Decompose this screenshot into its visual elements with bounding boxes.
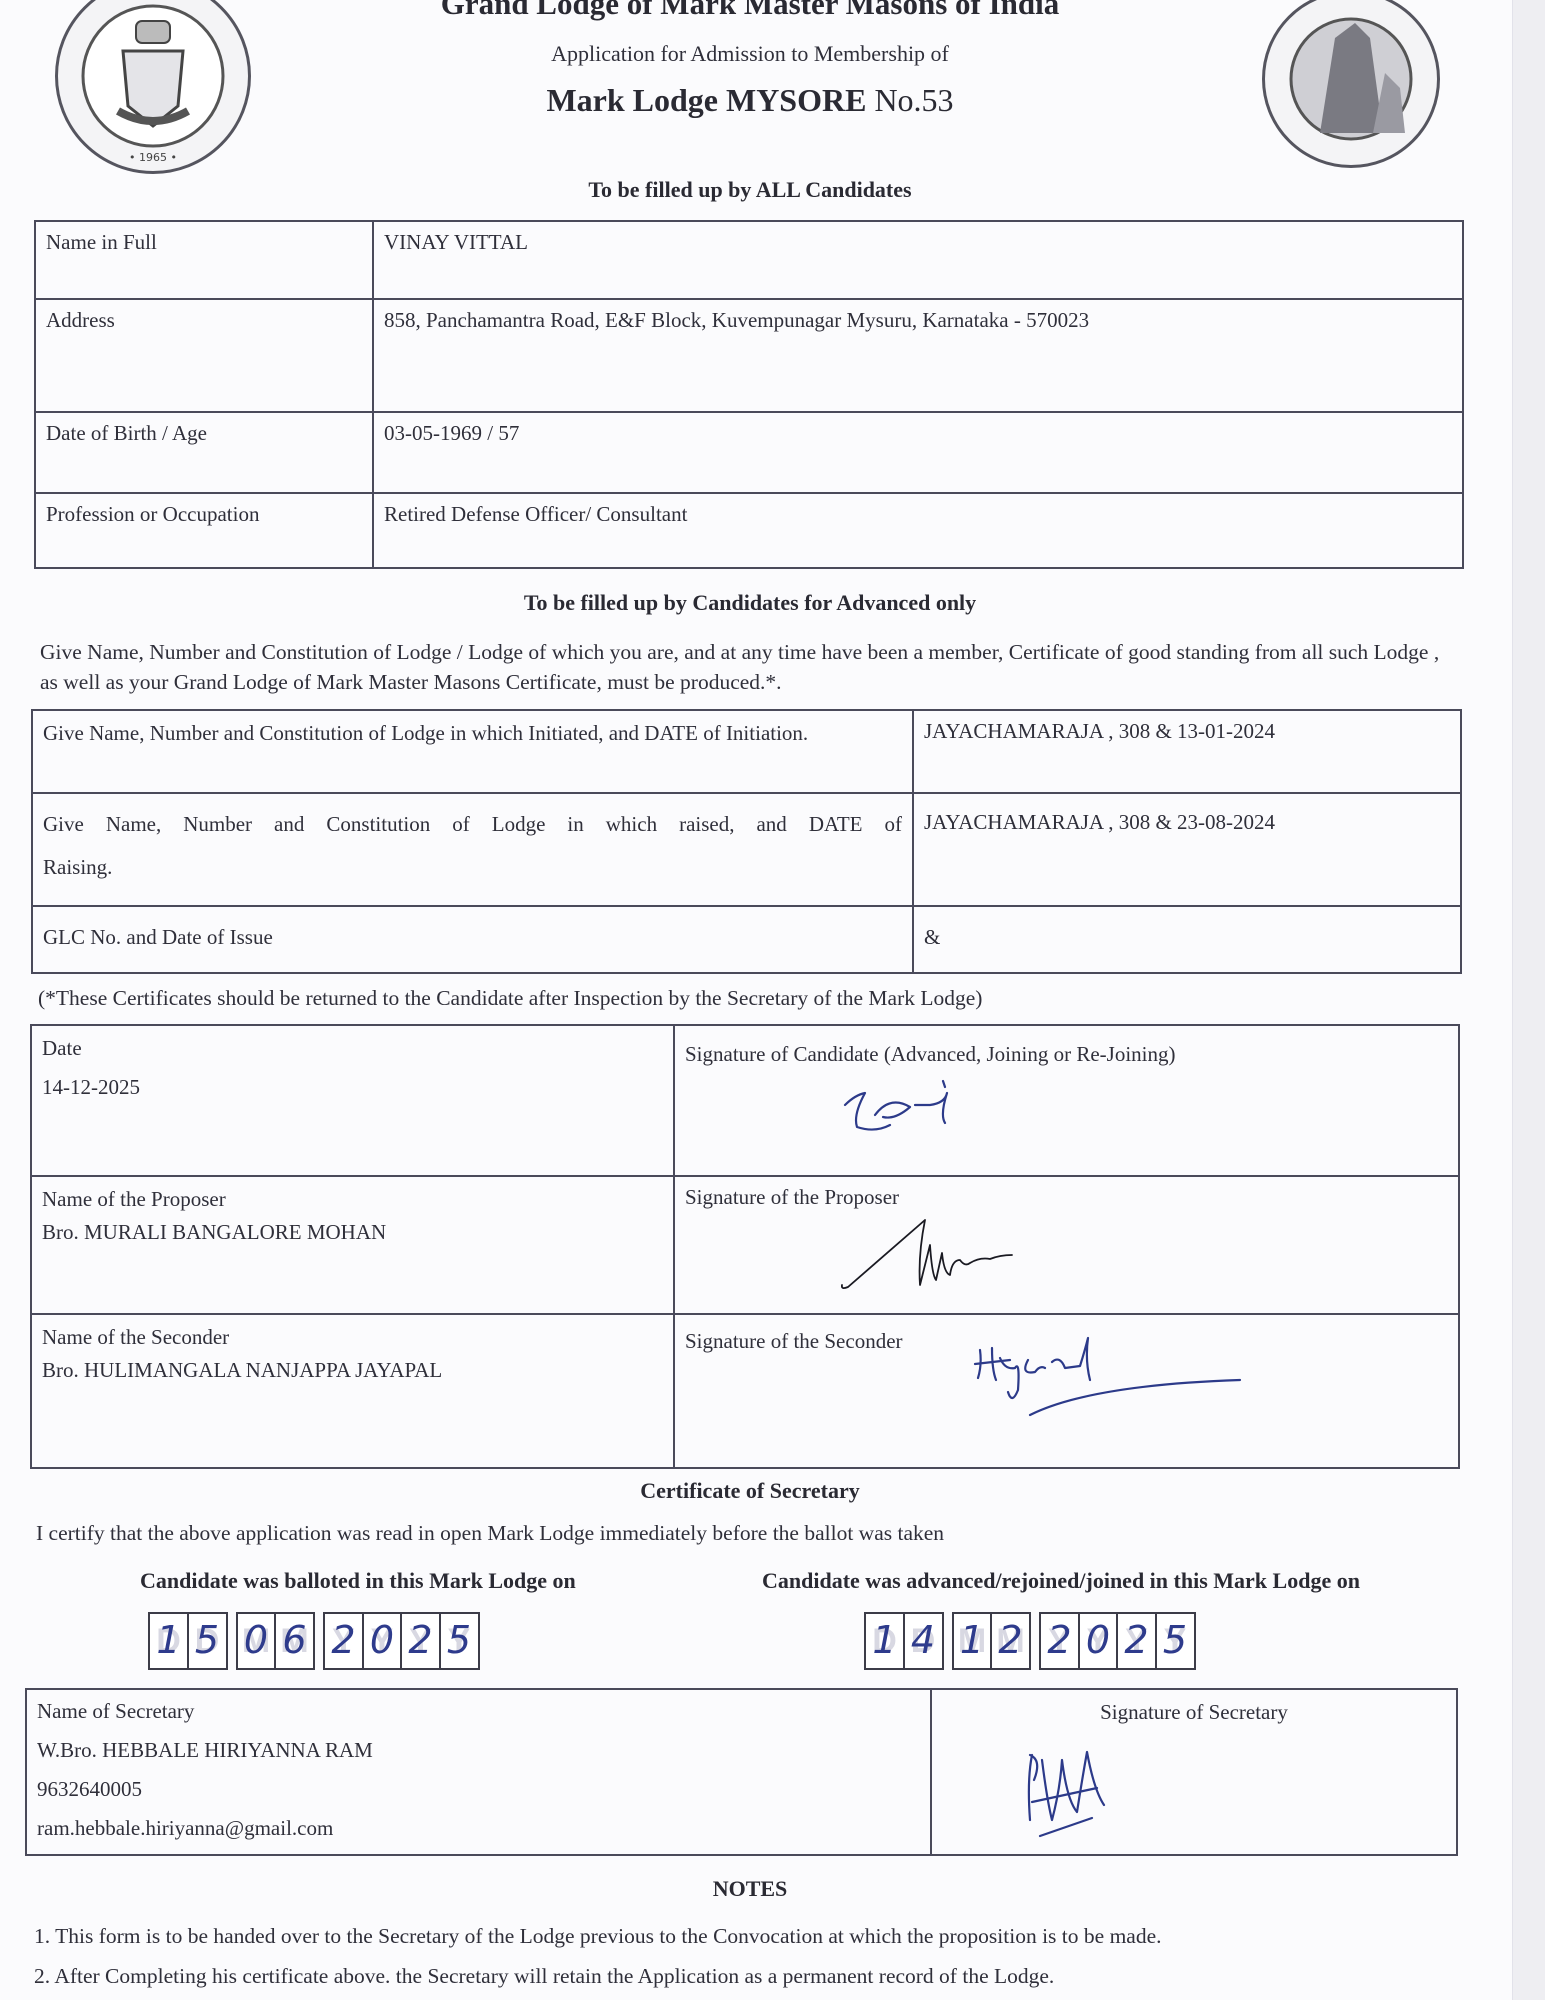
date-digit: 4 [905, 1618, 942, 1662]
form-subtitle: Application for Admission to Membership … [300, 41, 1200, 67]
seconder-signature-label: Signature of the Seconder [685, 1329, 903, 1353]
date-box[interactable]: Y5 [1155, 1612, 1196, 1670]
date-box[interactable]: D1 [864, 1612, 905, 1670]
org-title: Grand Lodge of Mark Master Masons of Ind… [300, 0, 1200, 22]
notes-heading: NOTES [600, 1876, 900, 1902]
certificates-footnote: (*These Certificates should be returned … [38, 983, 982, 1013]
date-digit: 5 [441, 1618, 478, 1662]
date-digit: 0 [238, 1618, 275, 1662]
table-row: Profession or Occupation Retired Defense… [35, 493, 1463, 568]
note-item: 2. After Completing his certificate abov… [34, 1964, 1054, 1989]
date-digit: 6 [276, 1618, 313, 1662]
all-candidates-heading: To be filled up by ALL Candidates [400, 177, 1100, 203]
occupation-field[interactable]: Retired Defense Officer/ Consultant [373, 493, 1463, 568]
date-box[interactable]: D1 [148, 1612, 189, 1670]
proposer-label: Name of the Proposer [42, 1185, 663, 1214]
secretary-label: Name of Secretary [37, 1696, 920, 1726]
table-row: Name of Secretary W.Bro. HEBBALE HIRIYAN… [26, 1689, 1457, 1855]
date-digit: 1 [150, 1618, 187, 1662]
name-field[interactable]: VINAY VITTAL [373, 221, 1463, 299]
date-box[interactable]: M0 [236, 1612, 277, 1670]
occupation-label: Profession or Occupation [35, 493, 373, 568]
secretary-signature-label: Signature of Secretary [1100, 1700, 1288, 1724]
table-row: Give Name, Number and Constitution of Lo… [32, 710, 1461, 793]
date-digit: 2 [1041, 1618, 1078, 1662]
month-group: M1 M2 [952, 1612, 1032, 1670]
advanced-heading: To be filled up by Candidates for Advanc… [400, 590, 1100, 616]
day-group: D1 D5 [148, 1612, 228, 1670]
raising-label-line1: Give Name, Number and Constitution of Lo… [43, 810, 902, 839]
secretary-phone[interactable]: 9632640005 [37, 1774, 920, 1804]
advanced-instruction: Give Name, Number and Constitution of Lo… [40, 637, 1460, 697]
proposer-name[interactable]: Bro. MURALI BANGALORE MOHAN [42, 1218, 663, 1247]
date-label: Date [42, 1034, 663, 1063]
svg-text:• 1965 •: • 1965 • [129, 151, 177, 164]
address-label: Address [35, 299, 373, 412]
proposer-cell: Name of the Proposer Bro. MURALI BANGALO… [31, 1176, 674, 1314]
table-row: Address 858, Panchamantra Road, E&F Bloc… [35, 299, 1463, 412]
address-field[interactable]: 858, Panchamantra Road, E&F Block, Kuvem… [373, 299, 1463, 412]
all-candidates-table: Name in Full VINAY VITTAL Address 858, P… [34, 220, 1464, 569]
raising-label: Give Name, Number and Constitution of Lo… [32, 793, 913, 906]
date-box[interactable]: D5 [187, 1612, 228, 1670]
initiation-label: Give Name, Number and Constitution of Lo… [32, 710, 913, 793]
secretary-email[interactable]: ram.hebbale.hiriyanna@gmail.com [37, 1813, 920, 1843]
balloted-date-boxes[interactable]: D1 D5 M0 M6 Y2 Y0 Y2 Y5 [148, 1612, 480, 1670]
date-digit: 0 [364, 1618, 401, 1662]
date-cell: Date 14-12-2025 [31, 1025, 674, 1176]
date-box[interactable]: Y2 [1039, 1612, 1080, 1670]
dob-field[interactable]: 03-05-1969 / 57 [373, 412, 1463, 493]
table-row: Name in Full VINAY VITTAL [35, 221, 1463, 299]
seconder-signature-icon [970, 1330, 1250, 1420]
seconder-cell: Name of the Seconder Bro. HULIMANGALA NA… [31, 1314, 674, 1468]
glc-label: GLC No. and Date of Issue [32, 906, 913, 973]
year-group: Y2 Y0 Y2 Y5 [1039, 1612, 1196, 1670]
date-digit: 0 [1080, 1618, 1117, 1662]
lodge-number: No.53 [874, 82, 953, 118]
date-box[interactable]: M1 [952, 1612, 993, 1670]
candidate-signature-label: Signature of Candidate (Advanced, Joinin… [685, 1042, 1175, 1066]
year-group: Y2 Y0 Y2 Y5 [323, 1612, 480, 1670]
date-digit: 2 [992, 1618, 1029, 1662]
month-group: M0 M6 [236, 1612, 316, 1670]
date-digit: 2 [402, 1618, 439, 1662]
seconder-label: Name of the Seconder [42, 1323, 663, 1352]
table-row: Name of the Proposer Bro. MURALI BANGALO… [31, 1176, 1459, 1314]
date-digit: 2 [325, 1618, 362, 1662]
glc-field[interactable]: & [913, 906, 1461, 973]
secretary-details-cell: Name of Secretary W.Bro. HEBBALE HIRIYAN… [26, 1689, 931, 1855]
date-box[interactable]: Y2 [323, 1612, 364, 1670]
proposer-signature-label: Signature of the Proposer [685, 1185, 899, 1209]
secretary-table: Name of Secretary W.Bro. HEBBALE HIRIYAN… [25, 1688, 1458, 1856]
secretary-signature-cell[interactable]: Signature of Secretary [931, 1689, 1457, 1855]
secretary-statement: I certify that the above application was… [36, 1518, 944, 1548]
advanced-date-boxes[interactable]: D1 D4 M1 M2 Y2 Y0 Y2 Y5 [864, 1612, 1196, 1670]
date-digit: 1 [954, 1618, 991, 1662]
table-row: Date 14-12-2025 Signature of Candidate (… [31, 1025, 1459, 1176]
table-row: Give Name, Number and Constitution of Lo… [32, 793, 1461, 906]
advanced-on-label: Candidate was advanced/rejoined/joined i… [762, 1568, 1360, 1594]
proposer-signature-cell[interactable]: Signature of the Proposer [674, 1176, 1459, 1314]
date-box[interactable]: Y0 [1078, 1612, 1119, 1670]
secretary-signature-icon [1022, 1740, 1132, 1840]
initiation-field[interactable]: JAYACHAMARAJA , 308 & 13-01-2024 [913, 710, 1461, 793]
date-digit: 1 [866, 1618, 903, 1662]
table-row: Date of Birth / Age 03-05-1969 / 57 [35, 412, 1463, 493]
date-box[interactable]: Y2 [400, 1612, 441, 1670]
page-edge [1512, 0, 1545, 2000]
name-label: Name in Full [35, 221, 373, 299]
candidate-signature-cell[interactable]: Signature of Candidate (Advanced, Joinin… [674, 1025, 1459, 1176]
regional-grand-lodge-seal-icon [1262, 0, 1440, 168]
raising-field[interactable]: JAYACHAMARAJA , 308 & 23-08-2024 [913, 793, 1461, 906]
lodge-name: Mark Lodge MYSORE [546, 82, 866, 118]
table-row: GLC No. and Date of Issue & [32, 906, 1461, 973]
date-box[interactable]: D4 [903, 1612, 944, 1670]
date-digit: 5 [1157, 1618, 1194, 1662]
date-box[interactable]: Y5 [439, 1612, 480, 1670]
date-box[interactable]: Y2 [1116, 1612, 1157, 1670]
date-box[interactable]: M6 [274, 1612, 315, 1670]
date-box[interactable]: Y0 [362, 1612, 403, 1670]
secretary-certificate-heading: Certificate of Secretary [450, 1478, 1050, 1504]
dob-label: Date of Birth / Age [35, 412, 373, 493]
date-digit: 5 [189, 1618, 226, 1662]
balloted-label: Candidate was balloted in this Mark Lodg… [140, 1568, 576, 1594]
day-group: D1 D4 [864, 1612, 944, 1670]
lodge-title: Mark Lodge MYSORE No.53 [300, 82, 1200, 119]
date-box[interactable]: M2 [990, 1612, 1031, 1670]
date-field[interactable]: 14-12-2025 [42, 1073, 663, 1102]
seconder-name[interactable]: Bro. HULIMANGALA NANJAPPA JAYAPAL [42, 1356, 663, 1385]
grand-lodge-seal-icon: • 1965 • [55, 0, 251, 174]
note-item: 1. This form is to be handed over to the… [34, 1924, 1162, 1949]
raising-label-line2: Raising. [43, 853, 902, 882]
secretary-name[interactable]: W.Bro. HEBBALE HIRIYANNA RAM [37, 1735, 920, 1765]
candidate-signature-icon [835, 1075, 995, 1135]
advanced-table: Give Name, Number and Constitution of Lo… [31, 709, 1462, 974]
proposer-signature-icon [840, 1215, 1060, 1295]
date-digit: 2 [1118, 1618, 1155, 1662]
